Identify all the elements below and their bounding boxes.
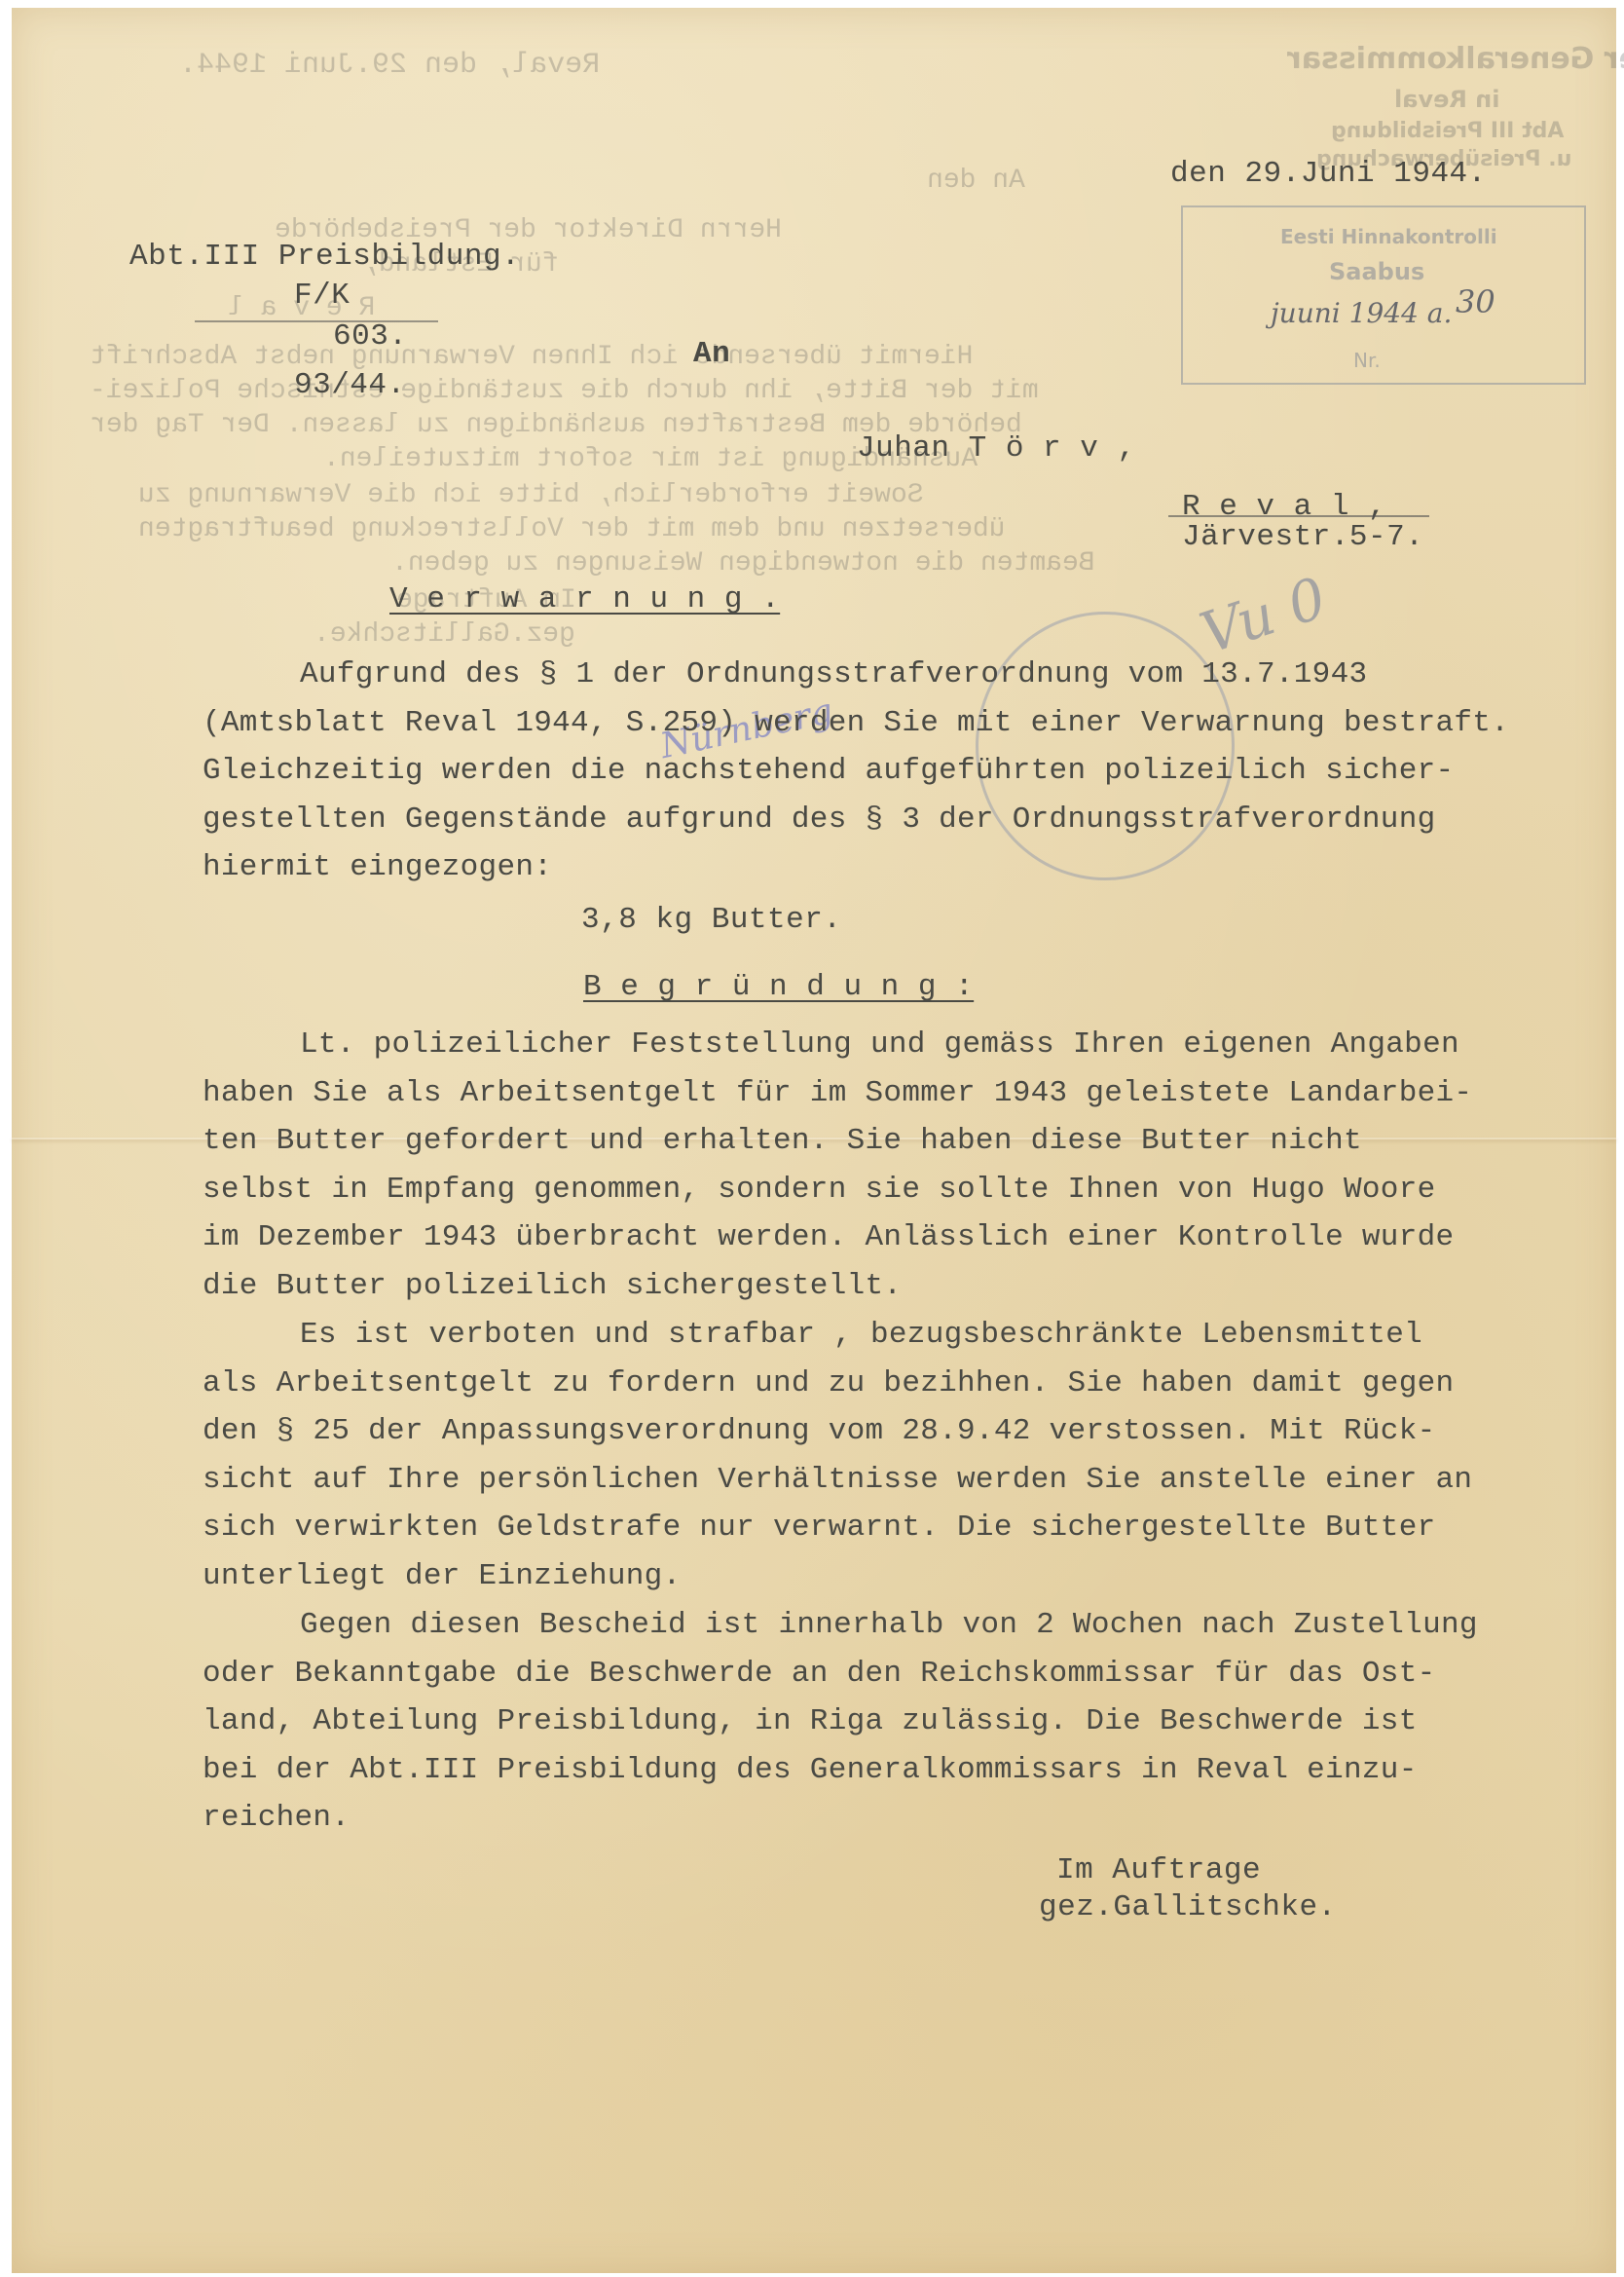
sender-department: Abt.III Preisbildung. <box>129 242 520 272</box>
closing-signature: gez.Gallitschke. <box>1039 1892 1337 1922</box>
received-stamp-day: 30 <box>1456 283 1495 320</box>
received-stamp-number-label: Nr. <box>1353 349 1381 372</box>
ghost-line-6: übersetzen und dem mit der Vollstreckung… <box>138 516 1006 543</box>
paragraph-1: Aufgrund des § 1 der Ordnungsstrafverord… <box>203 651 1566 892</box>
paragraph-3-line: sicht auf Ihre persönlichen Verhältnisse… <box>203 1456 1566 1505</box>
paragraph-3-line: sich verwirkten Geldstrafe nur verwarnt.… <box>203 1504 1566 1552</box>
recipient-city-rule <box>1168 515 1429 517</box>
paragraph-2-line: selbst in Empfang genommen, sondern sie … <box>203 1166 1566 1214</box>
letterhead-stamp-line2: in Reval <box>1394 88 1500 111</box>
paragraph-2-line: im Dezember 1943 überbracht werden. Anlä… <box>203 1213 1566 1262</box>
closing-on-behalf: Im Auftrage <box>1056 1855 1261 1885</box>
paragraph-4-line: land, Abteilung Preisbildung, in Riga zu… <box>203 1698 1566 1746</box>
received-stamp: Eesti Hinnakontrolli Saabus 30 juuni 194… <box>1181 205 1586 385</box>
paragraph-4: Gegen diesen Bescheid ist innerhalb von … <box>203 1601 1566 1843</box>
paragraph-4-line: reichen. <box>203 1794 1566 1843</box>
paragraph-2-line: haben Sie als Arbeitsentgelt für im Somm… <box>203 1069 1566 1118</box>
ghost-line-7: Beamten die notwendigen Weisungen zu geb… <box>391 550 1095 578</box>
document-date: den 29.Juni 1944. <box>1170 159 1487 189</box>
ghost-date-line: Reval, den 29.Juni 1944. <box>179 51 600 80</box>
ghost-line-5: Soweit erforderlich, bitte ich die Verwa… <box>138 482 924 509</box>
letterhead-stamp-line3: Abt III Preisbildung <box>1331 121 1564 142</box>
sender-ref-year: 93/44. <box>294 370 406 400</box>
paragraph-1-line: gestellten Gegenstände aufgrund des § 3 … <box>203 796 1566 844</box>
recipient-street: Järvestr.5-7. <box>1182 522 1423 552</box>
confiscated-item: 3,8 kg Butter. <box>581 905 841 935</box>
paragraph-3-line: den § 25 der Anpassungsverordnung vom 28… <box>203 1407 1566 1456</box>
document-page: Reval, den 29.Juni 1944. An den Herrn Di… <box>12 8 1616 2273</box>
received-stamp-line1: Eesti Hinnakontrolli <box>1280 225 1497 248</box>
sender-ref-number: 603. <box>333 321 407 352</box>
paragraph-3-line: unterliegt der Einziehung. <box>203 1552 1566 1601</box>
paragraph-1-line: hiermit eingezogen: <box>203 843 1566 892</box>
ghost-line-1: Hiermit übersende ich Ihnen Verwarnung n… <box>90 344 973 371</box>
paragraph-3-line: Es ist verboten und strafbar , bezugsbes… <box>203 1311 1566 1360</box>
recipient-salutation: An <box>693 339 730 369</box>
received-stamp-month-year: juuni 1944 a. <box>1271 297 1452 329</box>
letterhead-stamp-line1: Der Generalkommissar <box>1287 45 1624 74</box>
ghost-signed: gez.Gallitschke. <box>314 621 575 649</box>
document-title: V e r w a r n u n g . <box>389 584 780 615</box>
ghost-an-den: An den <box>927 168 1025 195</box>
paragraph-2-line: ten Butter gefordert und erhalten. Sie h… <box>203 1117 1566 1166</box>
recipient-name: Juhan T ö r v , <box>857 433 1136 464</box>
received-stamp-line2: Saabus <box>1329 258 1424 285</box>
paragraph-4-line: oder Bekanntgabe die Beschwerde an den R… <box>203 1650 1566 1698</box>
paragraph-2-line: Lt. polizeilicher Feststellung und gemäs… <box>203 1021 1566 1069</box>
paragraph-2: Lt. polizeilicher Feststellung und gemäs… <box>203 1021 1566 1310</box>
paragraph-1-line: Aufgrund des § 1 der Ordnungsstrafverord… <box>203 651 1566 699</box>
paragraph-4-line: bei der Abt.III Preisbildung des General… <box>203 1746 1566 1795</box>
paragraph-1-line: Gleichzeitig werden die nachstehend aufg… <box>203 747 1566 796</box>
ghost-line-2: mit der Bitte, ihn durch die zuständige … <box>90 378 1039 405</box>
paragraph-1-line: (Amtsblatt Reval 1944, S.259) werden Sie… <box>203 699 1566 748</box>
reasoning-heading: B e g r ü n d u n g : <box>583 972 974 1002</box>
paragraph-2-line: die Butter polizeilich sichergestellt. <box>203 1262 1566 1311</box>
paragraph-3: Es ist verboten und strafbar , bezugsbes… <box>203 1311 1566 1600</box>
sender-ref-fk: F/K <box>294 280 350 311</box>
paragraph-3-line: als Arbeitsentgelt zu fordern und zu bez… <box>203 1360 1566 1408</box>
paragraph-4-line: Gegen diesen Bescheid ist innerhalb von … <box>203 1601 1566 1650</box>
recipient-city: R e v a l , <box>1182 492 1386 522</box>
